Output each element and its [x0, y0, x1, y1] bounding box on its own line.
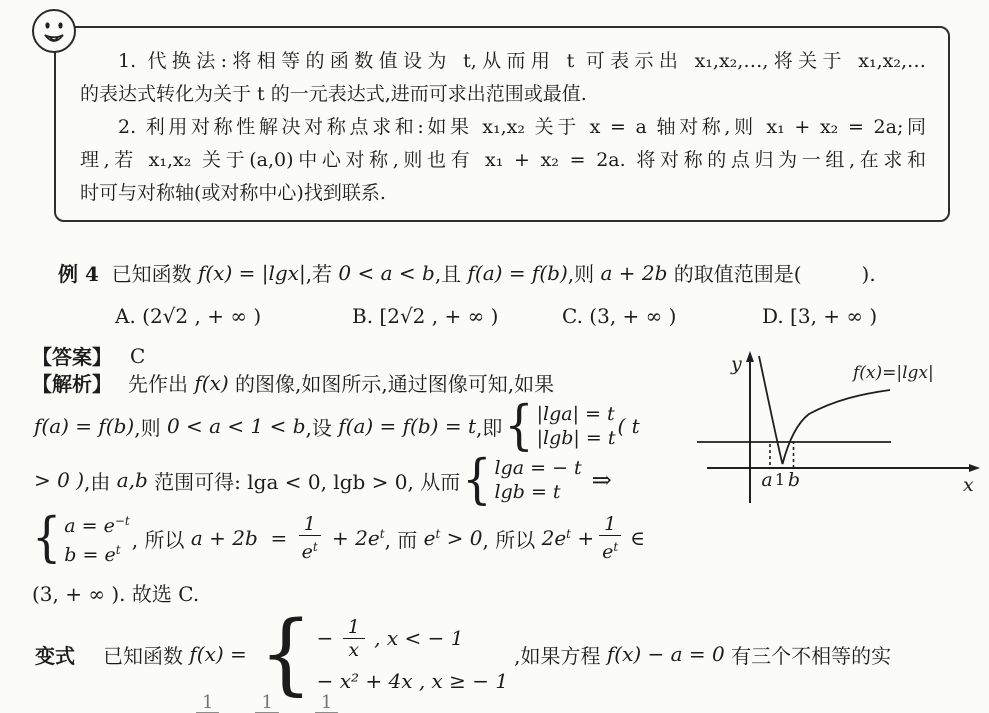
example-4-line: 例 4 已知函数 f(x) = |lgx| ,若 0 < a < b ,且 f(… [58, 258, 876, 287]
equation-system-signed: { lga = − t lgb = t [462, 456, 581, 504]
left-brace: { [462, 456, 491, 504]
textbook-page: 1. 代换法:将相等的函数值设为 t,从而用 t 可表示出 x₁,x₂,…,将关… [0, 0, 989, 713]
left-brace: { [504, 402, 533, 450]
option-b: B. [2√2 , + ∞ ) [352, 304, 498, 328]
analysis-line-5: (3, + ∞ ). 故选 C. [32, 578, 199, 607]
x-axis-arrow [969, 464, 980, 472]
x-axis-label: x [963, 474, 974, 496]
analysis-line-1: 【解析】 先作出 f(x) 的图像,如图所示,通过图像可知,如果 [32, 368, 554, 397]
analysis-label: 【解析】 [32, 368, 112, 397]
y-axis-arrow [746, 351, 754, 362]
variant-label: 变式 [35, 640, 75, 669]
note-line-3: 2. 利用对称性解决对称点求和:如果 x₁,x₂ 关于 x = a 轴对称,则 … [80, 111, 926, 144]
smiley-face-icon [30, 7, 80, 57]
answer-line: 【答案】 C [32, 341, 145, 370]
fraction-1-over-et: 1 et [299, 513, 321, 563]
option-a: A. (2√2 , + ∞ ) [115, 304, 261, 328]
tick-a: a [761, 469, 772, 491]
curve-label: f(x)=|lgx| [851, 363, 934, 383]
analysis-line-4: { a = e−t b = et , 所以 a + 2b = 1 et + 2e… [30, 506, 645, 570]
left-brace: { [259, 617, 312, 692]
lgx-plot: y x a 1 b f(x)=|lgx| [693, 350, 985, 508]
equation-system-abs: { |lga| = t |lgb| = t [504, 402, 615, 450]
note-line-2: 的表达式转化为关于 t 的一元表达式,进而可求出范围或最值. [80, 78, 926, 111]
note-line-4: 理,若 x₁,x₂ 关于(a,0)中心对称,则也有 x₁ + x₂ = 2a. … [80, 144, 926, 177]
graph-figure: y x a 1 b f(x)=|lgx| [693, 350, 985, 508]
fraction-1-over-x: 1 x [343, 616, 365, 661]
variant-line: 变式 已知函数 f(x) = { − 1 x , x < − 1 − x² + … [35, 608, 891, 700]
option-c: C. (3, + ∞ ) [562, 304, 676, 328]
y-axis-label: y [730, 353, 742, 375]
note-line-5: 时可与对称轴(或对称中心)找到联系. [80, 177, 926, 210]
analysis-line-3: > 0 ) ,由 a,b 范围可得: lga < 0, lgb > 0, 从而 … [34, 452, 612, 508]
fraction-1-over-et: 1 et [599, 513, 621, 563]
option-d: D. [3, + ∞ ) [762, 304, 877, 328]
left-brace: { [32, 514, 61, 562]
note-line-1: 1. 代换法:将相等的函数值设为 t,从而用 t 可表示出 x₁,x₂,…,将关… [80, 45, 926, 78]
example-label: 例 4 [58, 258, 99, 287]
implies-arrow: ⇒ [592, 466, 612, 494]
answer-value: C [130, 344, 145, 368]
note-box: 1. 代换法:将相等的函数值设为 t,从而用 t 可表示出 x₁,x₂,…,将关… [54, 26, 950, 222]
cutoff-line-fragment: 1 1 1 [196, 693, 338, 713]
equation-system-exp: { a = e−t b = et [32, 509, 130, 567]
analysis-line-2: f(a) = f(b) ,则 0 < a < 1 < b ,设 f(a) = f… [34, 398, 640, 454]
tick-b: b [788, 469, 800, 491]
element-of-symbol: ∈ [630, 526, 645, 550]
tick-1: 1 [775, 470, 785, 489]
piecewise-function: { − 1 x , x < − 1 − x² + 4x , x ≥ − 1 [259, 616, 508, 693]
answer-label: 【答案】 [32, 341, 112, 370]
